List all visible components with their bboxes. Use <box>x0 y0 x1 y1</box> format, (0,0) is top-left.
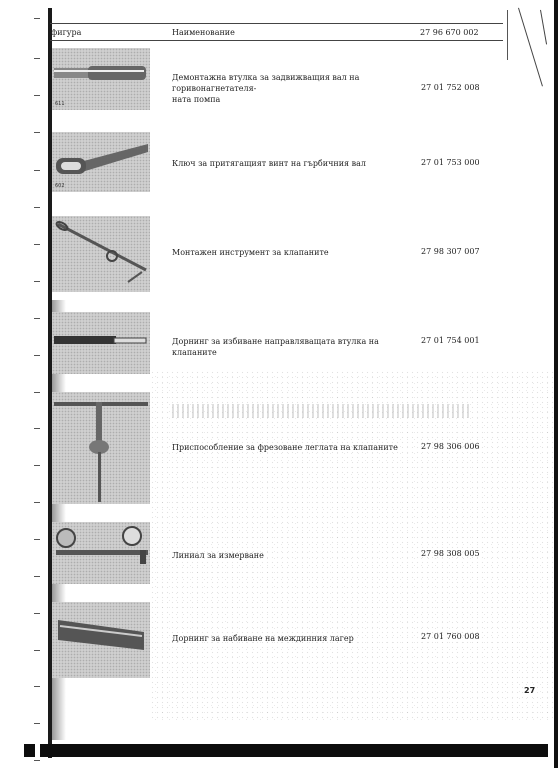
margin-tick <box>34 723 40 724</box>
measuring-gauge-icon <box>52 522 150 584</box>
margin-tick <box>34 502 40 503</box>
sleeve-tool-photo: 611 <box>52 48 150 110</box>
row-code: 27 98 308 005 <box>421 549 480 558</box>
header-name: Наименование <box>172 28 235 37</box>
margin-tick <box>34 576 40 577</box>
margin-tick <box>34 18 40 19</box>
margin-tick <box>34 355 40 356</box>
margin-tick <box>34 428 40 429</box>
wrench-icon <box>52 132 150 192</box>
margin-tick <box>34 539 40 540</box>
drift-punch-photo <box>52 312 150 374</box>
row-code: 27 01 760 008 <box>421 632 480 641</box>
valve-tool-photo <box>52 216 150 292</box>
drift-punch-icon <box>52 312 150 374</box>
margin-tick <box>34 760 40 761</box>
margin-tick <box>34 465 40 466</box>
measuring-gauge-photo <box>52 522 150 584</box>
margin-tick <box>34 170 40 171</box>
row-description: Демонтажна втулка за задвижващия вал на … <box>172 72 422 105</box>
valve-tool-icon <box>52 216 150 292</box>
header-right-rule <box>507 10 508 60</box>
scan-noise <box>150 370 558 720</box>
figure-label: 602 <box>55 183 65 189</box>
sleeve-tool-icon <box>52 48 150 110</box>
row-code: 27 98 307 007 <box>421 247 480 256</box>
margin-tick <box>34 650 40 651</box>
header-top-rule <box>50 23 503 24</box>
margin-tick <box>34 318 40 319</box>
scan-right-edge <box>554 0 558 768</box>
margin-tick <box>34 244 40 245</box>
scan-bottom-bar <box>40 744 548 757</box>
page-number: 27 <box>524 686 535 695</box>
description-line: Демонтажна втулка за задвижващия вал на … <box>172 72 422 94</box>
header-bottom-rule <box>50 40 503 41</box>
faint-bleed-through-text <box>172 404 472 418</box>
margin-tick <box>34 207 40 208</box>
scan-bottom-marker <box>24 744 35 757</box>
wrench-photo: 602 <box>52 132 150 192</box>
margin-tick <box>34 132 40 133</box>
margin-tick <box>34 686 40 687</box>
row-description: Линиал за измерване <box>172 550 422 561</box>
row-description: Монтажен инструмент за клапаните <box>172 247 422 258</box>
row-description: Ключ за притягащият винт на гърбичния ва… <box>172 158 422 169</box>
row-code: 27 01 752 008 <box>421 83 480 92</box>
row-description: Приспособление за фрезоване леглата на к… <box>172 442 422 453</box>
description-line: ната помпа <box>172 94 422 105</box>
bearing-drift-icon <box>52 602 150 678</box>
figure-label: 611 <box>55 101 65 107</box>
row-code: 27 01 753 000 <box>421 158 480 167</box>
margin-tick <box>34 281 40 282</box>
margin-tick <box>34 95 40 96</box>
row-description: Дорнинг за набиване на междинния лагер <box>172 633 422 644</box>
header-code: 27 96 670 002 <box>420 28 479 37</box>
margin-tick <box>34 613 40 614</box>
row-code: 27 01 754 001 <box>421 336 480 345</box>
margin-tick <box>34 392 40 393</box>
margin-tick <box>34 58 40 59</box>
scanned-page: фигура Наименование 27 96 670 002 611 Де… <box>0 0 558 768</box>
scan-diagonal-line <box>540 10 547 45</box>
bearing-drift-photo <box>52 602 150 678</box>
milling-tool-icon <box>52 392 150 504</box>
milling-tool-photo <box>52 392 150 504</box>
row-code: 27 98 306 006 <box>421 442 480 451</box>
header-figure: фигура <box>51 28 81 37</box>
scan-diagonal-line <box>518 8 543 87</box>
row-description: Дорнинг за избиване направляващата втулк… <box>172 336 412 358</box>
